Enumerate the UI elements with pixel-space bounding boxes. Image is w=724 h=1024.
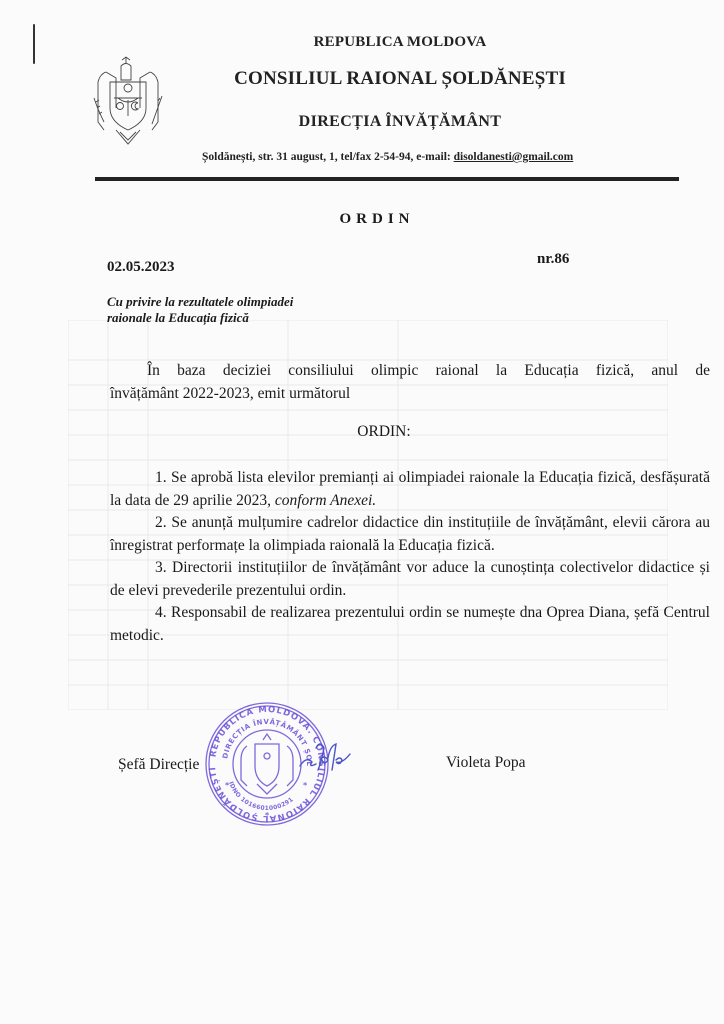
document-title: ORDIN — [0, 211, 724, 228]
header-department: DIRECȚIA ÎNVĂȚĂMÂNT — [38, 113, 724, 131]
document-subject: Cu privire la rezultatele olimpiadei rai… — [107, 294, 293, 326]
order-item-1: 1. Se aprobă lista elevilor premianți ai… — [110, 467, 710, 512]
order-item-4: 4. Responsabil de realizarea prezentului… — [110, 602, 710, 647]
signatory-name: Violeta Popa — [446, 754, 526, 772]
order-item-2: 2. Se anunță mulțumire cadrelor didactic… — [110, 512, 710, 557]
contact-address: Șoldănești, str. 31 august, 1, tel/fax 2… — [202, 151, 454, 163]
order-item-3: 3. Directorii instituțiilor de învățămân… — [110, 557, 710, 602]
document-page: REPUBLICA MOLDOVA CONSILIUL RAIONAL ȘOLD… — [0, 0, 724, 1024]
order-items: 1. Se aprobă lista elevilor premianți ai… — [110, 467, 710, 647]
handwritten-signature — [298, 738, 358, 778]
order-item-1-text: 1. Se aprobă lista elevilor premianți ai… — [110, 469, 710, 509]
document-number: nr.86 — [537, 251, 569, 268]
email-link[interactable]: disoldanesti@gmail.com — [454, 151, 574, 163]
subject-line-2: raionale la Educația fizică — [107, 310, 293, 326]
header-contact: Șoldănești, str. 31 august, 1, tel/fax 2… — [202, 151, 573, 163]
header-country: REPUBLICA MOLDOVA — [38, 34, 724, 51]
moldova-coat-of-arms-icon — [88, 52, 168, 152]
order-item-2-text: 2. Se anunță mulțumire cadrelor didactic… — [110, 514, 710, 554]
signatory-role: Șefă Direcție — [118, 756, 199, 774]
subject-line-1: Cu privire la rezultatele olimpiadei — [107, 294, 293, 310]
ordin-heading: ORDIN: — [0, 423, 724, 441]
order-item-1-annex: conform Anexei. — [275, 492, 376, 509]
intro-line-2: învățământ 2022-2023, emit următorul — [110, 383, 710, 406]
intro-paragraph: În baza deciziei consiliului olimpic rai… — [110, 360, 710, 405]
staple-mark — [33, 24, 35, 64]
document-date: 02.05.2023 — [107, 259, 175, 276]
header-divider — [95, 177, 679, 181]
intro-line-1: În baza deciziei consiliului olimpic rai… — [110, 360, 710, 383]
svg-text:*: * — [303, 781, 308, 790]
header-council: CONSILIUL RAIONAL ȘOLDĂNEȘTI — [38, 68, 724, 90]
order-item-4-text: 4. Responsabil de realizarea prezentului… — [110, 604, 710, 644]
order-item-3-text: 3. Directorii instituțiilor de învățămân… — [110, 559, 710, 599]
